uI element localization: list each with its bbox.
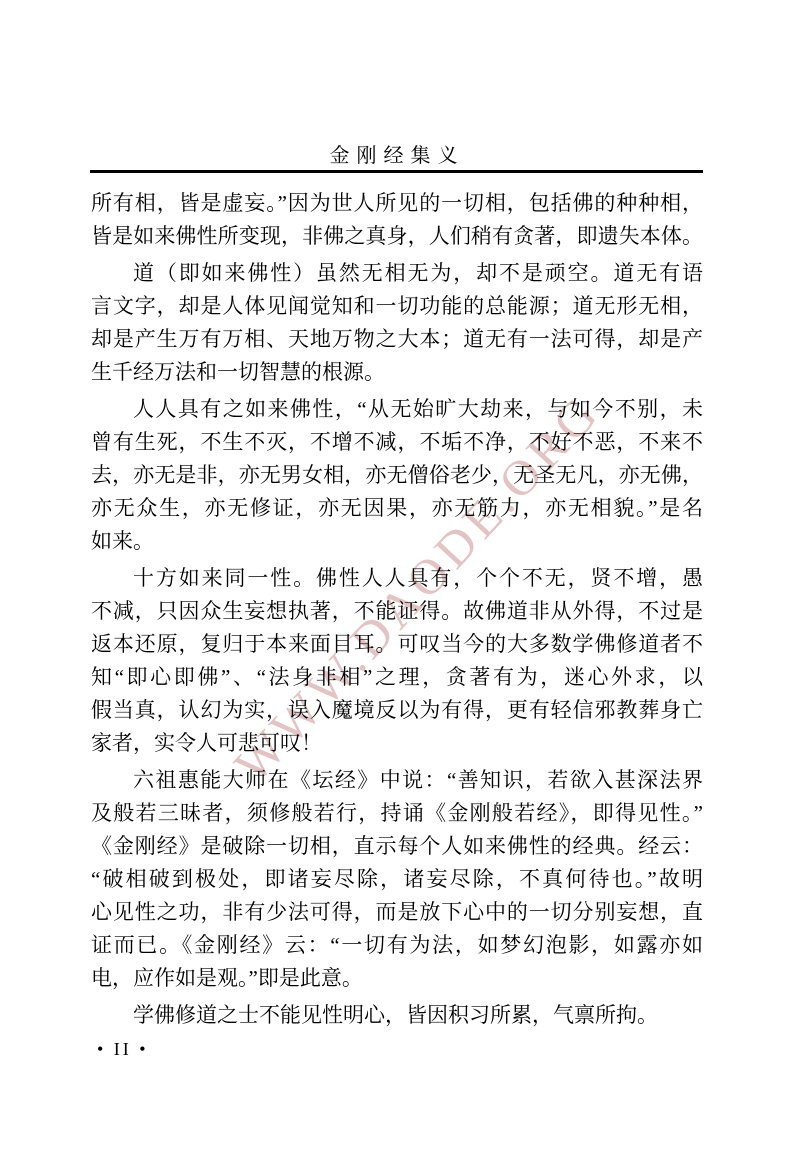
text-line: 道（即如来佛性）虽然无相无为，却不是顽空。道无有语 <box>91 257 703 290</box>
text-line: 十方如来同一性。佛性人人具有，个个不无，贤不增，愚 <box>91 562 703 595</box>
text-line: 却是产生万有万相、天地万物之大本；道无有一法可得，却是产 <box>91 323 703 356</box>
book-page: WWW.DAODE.ORG 金刚经集义 所有相，皆是虚妄。”因为世人所见的一切相… <box>0 0 794 1149</box>
text-line: 及般若三昧者，须修般若行，持诵《金刚般若经》，即得见性。” <box>91 797 703 830</box>
page-title: 金刚经集义 <box>0 139 794 168</box>
text-line: 人人具有之如来佛性，“从无始旷大劫来，与如今不别，未 <box>91 393 703 426</box>
text-line: 曾有生死，不生不灭，不增不减，不垢不净，不好不恶，不来不 <box>91 426 703 459</box>
text-line: 去，亦无是非，亦无男女相，亦无僧俗老少，无圣无凡，亦无佛， <box>91 459 703 492</box>
text-line: 所有相，皆是虚妄。”因为世人所见的一切相，包括佛的种种相， <box>91 187 703 220</box>
paragraph: 学佛修道之士不能见性明心，皆因积习所累，气禀所拘。 <box>91 999 703 1032</box>
page-number: • II • <box>97 1039 149 1060</box>
text-line: 如来。 <box>91 525 703 558</box>
text-line: 知“即心即佛”、“法身非相”之理，贪著有为，迷心外求，以 <box>91 661 703 694</box>
text-line: 亦无众生，亦无修证，亦无因果，亦无筋力，亦无相貌。”是名 <box>91 492 703 525</box>
text-line: 不减，只因众生妄想执著，不能证得。故佛道非从外得，不过是 <box>91 595 703 628</box>
text-line: “破相破到极处，即诸妄尽除，诸妄尽除，不真何待也。”故明 <box>91 863 703 896</box>
paragraph: 六祖惠能大师在《坛经》中说：“善知识，若欲入甚深法界 及般若三昧者，须修般若行，… <box>91 764 703 995</box>
text-line: 皆是如来佛性所变现，非佛之真身，人们稍有贪著，即遗失本体。 <box>91 220 703 253</box>
paragraph: 所有相，皆是虚妄。”因为世人所见的一切相，包括佛的种种相， 皆是如来佛性所变现，… <box>91 187 703 253</box>
text-line: 学佛修道之士不能见性明心，皆因积习所累，气禀所拘。 <box>91 999 703 1032</box>
text-line: 言文字，却是人体见闻觉知和一切功能的总能源；道无形无相， <box>91 290 703 323</box>
text-line: 《金刚经》是破除一切相，直示每个人如来佛性的经典。经云： <box>91 830 703 863</box>
text-line: 电，应作如是观。”即是此意。 <box>91 962 703 995</box>
text-line: 家者，实令人可悲可叹！ <box>91 727 703 760</box>
paragraph: 道（即如来佛性）虽然无相无为，却不是顽空。道无有语 言文字，却是人体见闻觉知和一… <box>91 257 703 389</box>
text-line: 六祖惠能大师在《坛经》中说：“善知识，若欲入甚深法界 <box>91 764 703 797</box>
paragraph: 十方如来同一性。佛性人人具有，个个不无，贤不增，愚 不减，只因众生妄想执著，不能… <box>91 562 703 760</box>
header-rule <box>90 170 703 173</box>
body-text: 所有相，皆是虚妄。”因为世人所见的一切相，包括佛的种种相， 皆是如来佛性所变现，… <box>91 187 703 1036</box>
paragraph: 人人具有之如来佛性，“从无始旷大劫来，与如今不别，未 曾有生死，不生不灭，不增不… <box>91 393 703 558</box>
text-line: 生千经万法和一切智慧的根源。 <box>91 356 703 389</box>
text-line: 返本还原，复归于本来面目耳。可叹当今的大多数学佛修道者不 <box>91 628 703 661</box>
text-line: 心见性之功，非有少法可得，而是放下心中的一切分别妄想，直 <box>91 896 703 929</box>
text-line: 证而已。《金刚经》云：“一切有为法，如梦幻泡影，如露亦如 <box>91 929 703 962</box>
text-line: 假当真，认幻为实，误入魔境反以为有得，更有轻信邪教葬身亡 <box>91 694 703 727</box>
